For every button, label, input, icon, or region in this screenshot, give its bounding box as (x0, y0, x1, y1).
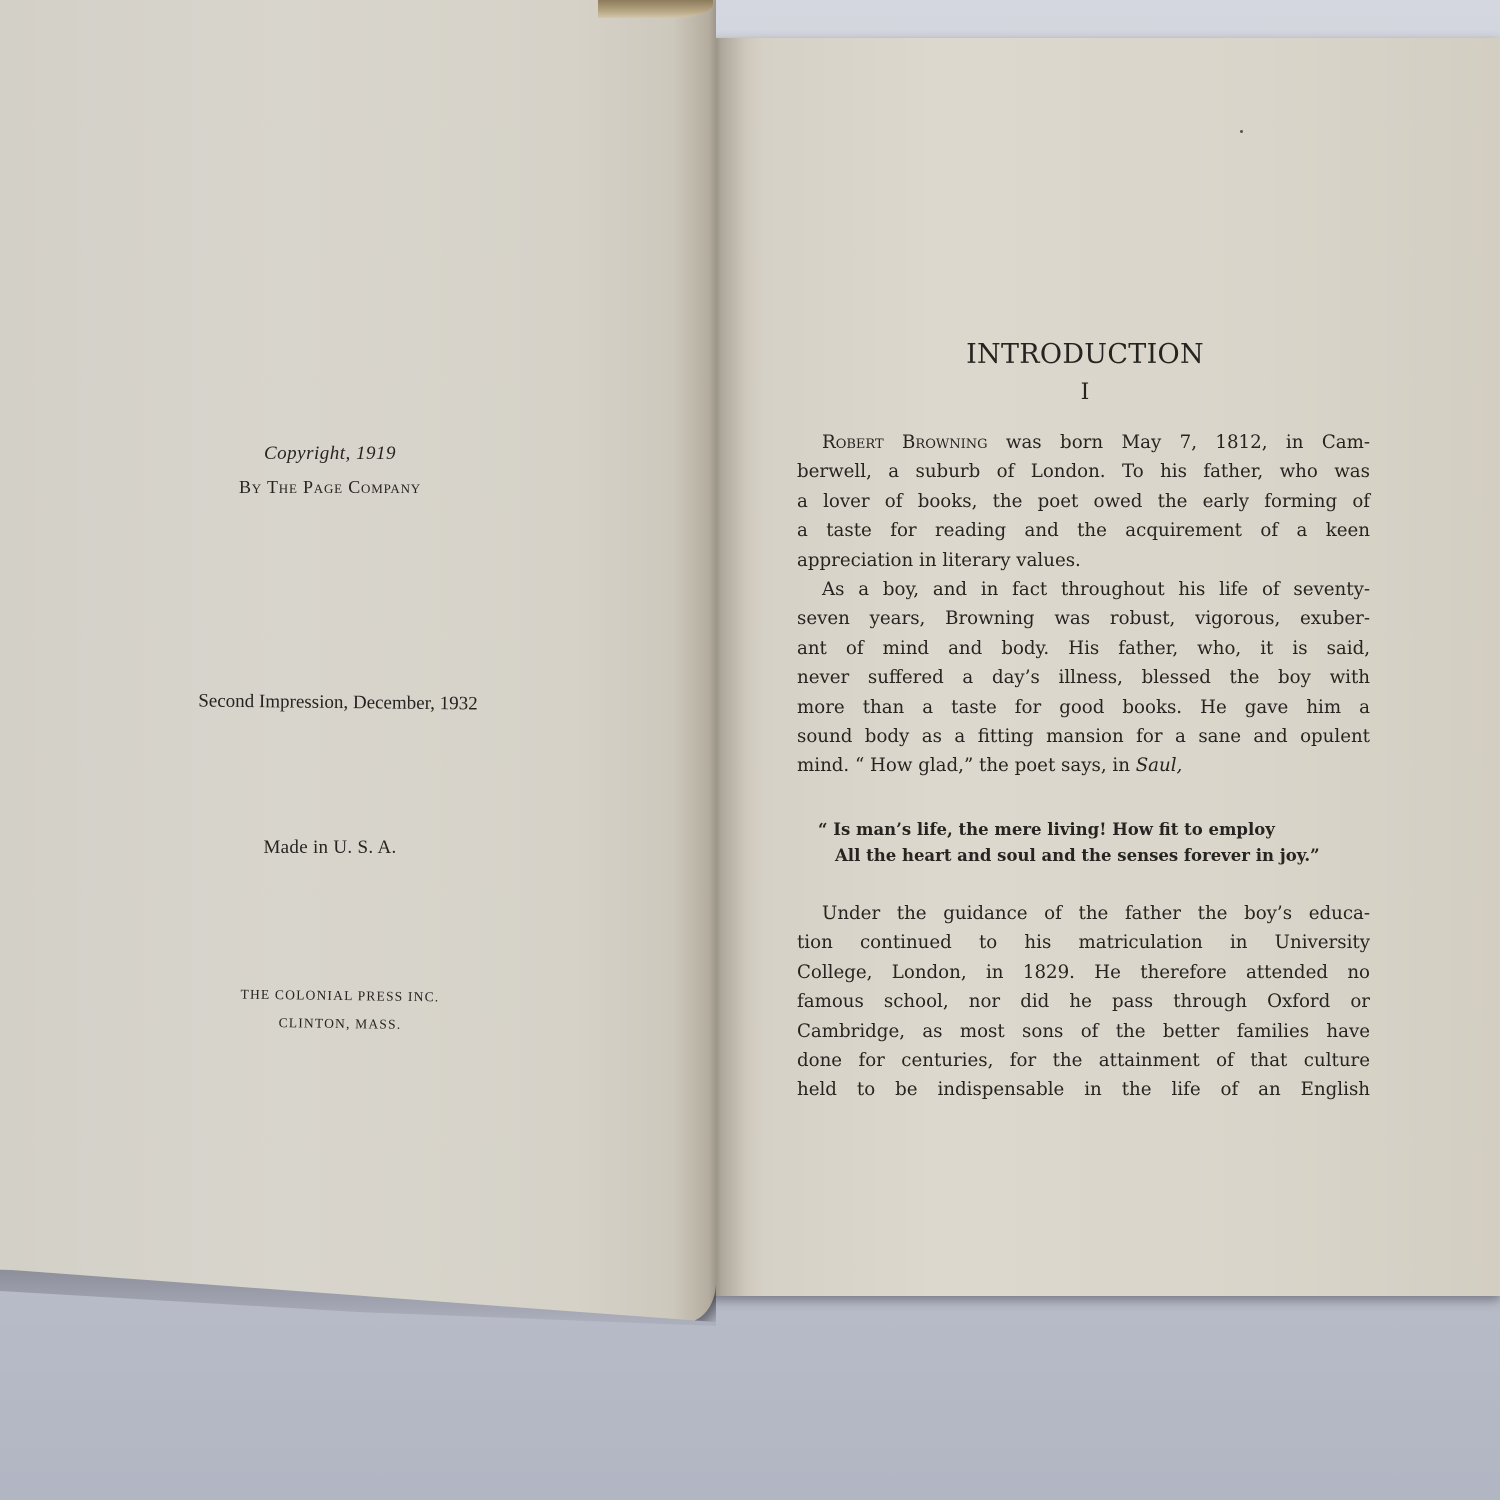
poem-title-saul: Saul, (1136, 755, 1183, 776)
text-line: mind. “ How glad,” the poet says, in Sau… (797, 751, 1370, 780)
text-line: appreciation in literary values. (797, 546, 1370, 575)
paper-speck (1240, 130, 1243, 133)
text-run: was born May 7, 1812, in Cam- (987, 432, 1370, 453)
chapter-title: INTRODUCTION (960, 339, 1210, 370)
text-line: seven years, Browning was robust, vigoro… (797, 604, 1370, 633)
text-line: College, London, in 1829. He therefore a… (797, 958, 1370, 987)
publisher-line: By The Page Company (0, 477, 660, 498)
text-line: tion continued to his matriculation in U… (797, 928, 1370, 957)
quote-line-2: All the heart and soul and the senses fo… (818, 843, 1320, 869)
author-name-small-caps: Robert Browning (822, 432, 987, 453)
left-page (0, 0, 716, 1322)
text-line: done for centuries, for the attainment o… (797, 1046, 1370, 1075)
text-line: a lover of books, the poet owed the earl… (797, 487, 1370, 516)
text-line: Cambridge, as most sons of the better fa… (797, 1017, 1370, 1046)
paragraph-3: Under the guidance of the father the boy… (797, 899, 1370, 1105)
copyright-line: Copyright, 1919 (0, 443, 660, 465)
text-line: famous school, nor did he pass through O… (797, 987, 1370, 1016)
quote-line-1: “ Is man’s life, the mere living! How fi… (818, 817, 1320, 843)
text-line: more than a taste for good books. He gav… (797, 693, 1370, 722)
text-line: As a boy, and in fact throughout his lif… (797, 575, 1370, 604)
text-line: held to be indispensable in the life of … (797, 1075, 1370, 1104)
section-numeral: I (1035, 380, 1135, 405)
block-quote: “ Is man’s life, the mere living! How fi… (818, 817, 1320, 869)
text-line: Robert Browning was born May 7, 1812, in… (797, 428, 1370, 457)
paragraph-2: As a boy, and in fact throughout his lif… (797, 575, 1370, 781)
paragraph-1: Robert Browning was born May 7, 1812, in… (797, 428, 1370, 575)
made-in-line: Made in U. S. A. (0, 837, 660, 859)
text-line: berwell, a suburb of London. To his fath… (797, 457, 1370, 486)
text-line: ant of mind and body. His father, who, i… (797, 634, 1370, 663)
text-line: a taste for reading and the acquirement … (797, 516, 1370, 545)
text-line: Under the guidance of the father the boy… (797, 899, 1370, 928)
book-spine-edge (598, 0, 713, 18)
text-line: sound body as a fitting mansion for a sa… (797, 722, 1370, 751)
text-run: mind. “ How glad,” the poet says, in (797, 755, 1136, 776)
text-line: never suffered a day’s illness, blessed … (797, 663, 1370, 692)
